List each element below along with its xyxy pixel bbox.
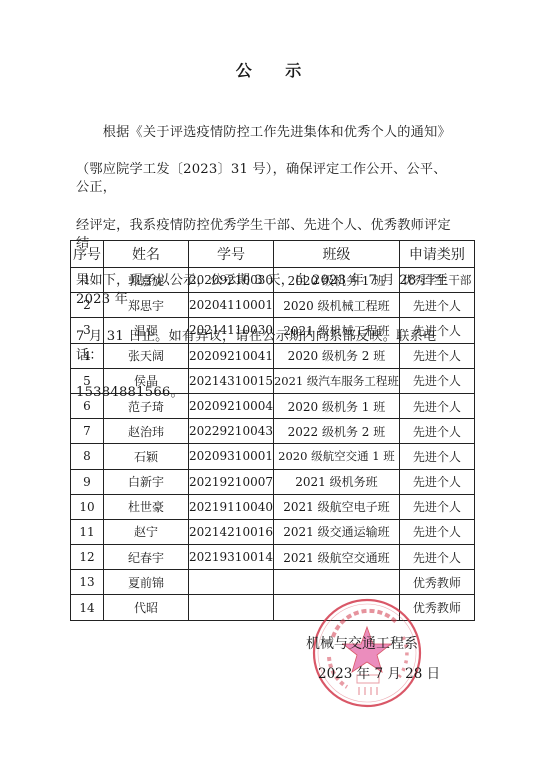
cell-name: 石颖: [104, 444, 189, 469]
cell-index: 7: [71, 419, 104, 444]
cell-index: 8: [71, 444, 104, 469]
cell-name: 赵治玮: [104, 419, 189, 444]
table-row: 1郭嘉旋202092100302020 级机务 1 班优秀学生干部: [71, 268, 475, 293]
cell-student-id: 20219310014: [189, 545, 274, 570]
cell-student-id: 20214210016: [189, 519, 274, 544]
cell-index: 14: [71, 595, 104, 620]
cell-student-id: 20209210041: [189, 343, 274, 368]
cell-name: 夏前锦: [104, 570, 189, 595]
body-line: （鄂应院学工发〔2023〕31 号），确保评定工作公开、公平、公正，: [76, 161, 460, 198]
cell-name: 白新宇: [104, 469, 189, 494]
cell-name: 张天阔: [104, 343, 189, 368]
cell-class: 2020 级机务 1 班: [273, 393, 399, 418]
table-row: 11赵宁202142100162021 级交通运输班先进个人: [71, 519, 475, 544]
cell-category: 先进个人: [399, 545, 474, 570]
cell-name: 杜世豪: [104, 494, 189, 519]
cell-index: 13: [71, 570, 104, 595]
award-list-table: 序号 姓名 学号 班级 申请类别 1郭嘉旋202092100302020 级机务…: [70, 240, 475, 621]
cell-name: 郭嘉旋: [104, 268, 189, 293]
cell-name: 赵宁: [104, 519, 189, 544]
cell-category: 先进个人: [399, 519, 474, 544]
cell-student-id: 20214110030: [189, 318, 274, 343]
table-row: 4张天阔202092100412020 级机务 2 班先进个人: [71, 343, 475, 368]
cell-student-id: 20219110040: [189, 494, 274, 519]
cell-index: 9: [71, 469, 104, 494]
cell-category: 先进个人: [399, 469, 474, 494]
cell-class: 2021 级机务班: [273, 469, 399, 494]
cell-category: 先进个人: [399, 293, 474, 318]
table-row: 10杜世豪202191100402021 级航空电子班先进个人: [71, 494, 475, 519]
cell-index: 1: [71, 268, 104, 293]
cell-category: 先进个人: [399, 318, 474, 343]
table-header-row: 序号 姓名 学号 班级 申请类别: [71, 241, 475, 268]
cell-index: 12: [71, 545, 104, 570]
cell-student-id: 20219210007: [189, 469, 274, 494]
cell-student-id: [189, 595, 274, 620]
cell-index: 6: [71, 393, 104, 418]
cell-student-id: 20209210030: [189, 268, 274, 293]
cell-class: 2021 级航空电子班: [273, 494, 399, 519]
cell-index: 11: [71, 519, 104, 544]
cell-class: 2021 级交通运输班: [273, 519, 399, 544]
cell-class: 2020 级机务 1 班: [273, 268, 399, 293]
header-class: 班级: [273, 241, 399, 268]
table-row: 7赵治玮202292100432022 级机务 2 班先进个人: [71, 419, 475, 444]
cell-student-id: [189, 570, 274, 595]
table-row: 12纪春宇202193100142021 级航空交通班先进个人: [71, 545, 475, 570]
cell-index: 3: [71, 318, 104, 343]
signature-date: 2023 年 7 月 28 日: [318, 662, 440, 682]
table-row: 13夏前锦优秀教师: [71, 570, 475, 595]
cell-name: 温强: [104, 318, 189, 343]
cell-class: 2021 级航空交通班: [273, 545, 399, 570]
header-name: 姓名: [104, 241, 189, 268]
cell-index: 4: [71, 343, 104, 368]
table-row: 8石颖202093100012020 级航空交通 1 班先进个人: [71, 444, 475, 469]
header-category: 申请类别: [399, 241, 474, 268]
cell-category: 先进个人: [399, 494, 474, 519]
cell-student-id: 20229210043: [189, 419, 274, 444]
official-seal-icon: [311, 597, 423, 709]
cell-student-id: 20204110001: [189, 293, 274, 318]
cell-name: 侯晶: [104, 368, 189, 393]
cell-class: 2021 级汽车服务工程班: [273, 368, 399, 393]
cell-category: 先进个人: [399, 444, 474, 469]
cell-category: 优秀教师: [399, 570, 474, 595]
cell-index: 10: [71, 494, 104, 519]
cell-index: 5: [71, 368, 104, 393]
cell-class: 2022 级机务 2 班: [273, 419, 399, 444]
cell-name: 代昭: [104, 595, 189, 620]
cell-name: 郑思宇: [104, 293, 189, 318]
cell-category: 先进个人: [399, 393, 474, 418]
cell-class: 2020 级机械工程班: [273, 293, 399, 318]
cell-student-id: 20209210004: [189, 393, 274, 418]
table-row: 5侯晶202143100152021 级汽车服务工程班先进个人: [71, 368, 475, 393]
signature-department: 机械与交通工程系: [306, 633, 418, 653]
cell-student-id: 20209310001: [189, 444, 274, 469]
page-title: 公 示: [0, 58, 537, 81]
cell-category: 优秀学生干部: [399, 268, 474, 293]
cell-name: 纪春宇: [104, 545, 189, 570]
table-row: 2郑思宇202041100012020 级机械工程班先进个人: [71, 293, 475, 318]
table-row: 9白新宇202192100072021 级机务班先进个人: [71, 469, 475, 494]
header-index: 序号: [71, 241, 104, 268]
cell-class: [273, 570, 399, 595]
header-student-id: 学号: [189, 241, 274, 268]
table-row: 3温强202141100302021 级机械工程班先进个人: [71, 318, 475, 343]
cell-class: 2021 级机械工程班: [273, 318, 399, 343]
cell-index: 2: [71, 293, 104, 318]
cell-student-id: 20214310015: [189, 368, 274, 393]
cell-category: 先进个人: [399, 419, 474, 444]
table-row: 6范子琦202092100042020 级机务 1 班先进个人: [71, 393, 475, 418]
cell-class: 2020 级航空交通 1 班: [273, 444, 399, 469]
cell-category: 先进个人: [399, 343, 474, 368]
cell-class: 2020 级机务 2 班: [273, 343, 399, 368]
cell-category: 先进个人: [399, 368, 474, 393]
body-line: 根据《关于评选疫情防控工作先进集体和优秀个人的通知》: [76, 124, 460, 143]
cell-name: 范子琦: [104, 393, 189, 418]
